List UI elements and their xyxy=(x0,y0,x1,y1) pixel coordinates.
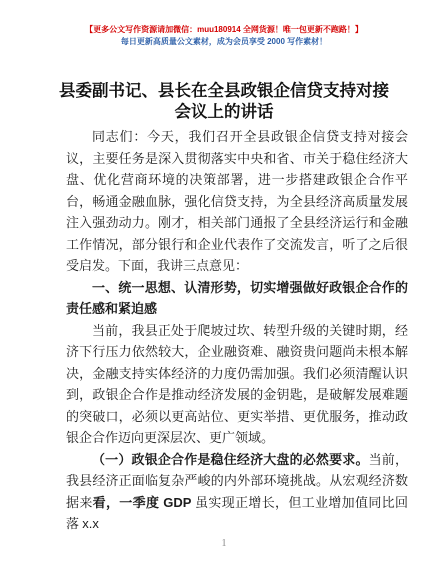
subsection-1-gdp-bold: 看，一季度 GDP xyxy=(93,495,195,510)
section-heading-1: 一、统一思想、认清形势，切实增强做好政银企合作的责任感和紧迫感 xyxy=(66,277,408,320)
paragraph-opening: 同志们：今天，我们召开全县政银企信贷支持对接会议，主要任务是深入贯彻落实中央和省… xyxy=(66,126,408,277)
promo-banner: 【更多公文写作资源请加微信：muu180914 全网货源！唯一包更新不跑路！】 … xyxy=(0,24,448,48)
document-body: 同志们：今天，我们召开全县政银企信贷支持对接会议，主要任务是深入贯彻落实中央和省… xyxy=(66,126,408,535)
page-number: 1 xyxy=(0,538,448,550)
promo-line-blue: 每日更新高质量公文素材，成为会员享受 2000 写作素材！ xyxy=(0,36,448,48)
document-title-line-1: 县委副书记、县长在全县政银企信贷支持对接 xyxy=(59,82,389,100)
promo-line-red: 【更多公文写作资源请加微信：muu180914 全网货源！唯一包更新不跑路！】 xyxy=(0,24,448,36)
subsection-1-placeholder-number: x.x xyxy=(82,516,99,531)
subsection-1-lead: （一）政银企合作是稳住经济大盘的必然要求。 xyxy=(92,452,369,467)
paragraph-subsection-1: （一）政银企合作是稳住经济大盘的必然要求。当前，我县经济正面临复杂严峻的内外部环… xyxy=(66,449,408,535)
paragraph-situation: 当前，我县正处于爬坡过坎、转型升级的关键时期，经济下行压力依然较大，企业融资难、… xyxy=(66,320,408,449)
document-page: 【更多公文写作资源请加微信：muu180914 全网货源！唯一包更新不跑路！】 … xyxy=(0,0,448,580)
document-title-line-2: 会议上的讲话 xyxy=(175,103,274,121)
document-title: 县委副书记、县长在全县政银企信贷支持对接会议上的讲话 xyxy=(54,81,394,123)
